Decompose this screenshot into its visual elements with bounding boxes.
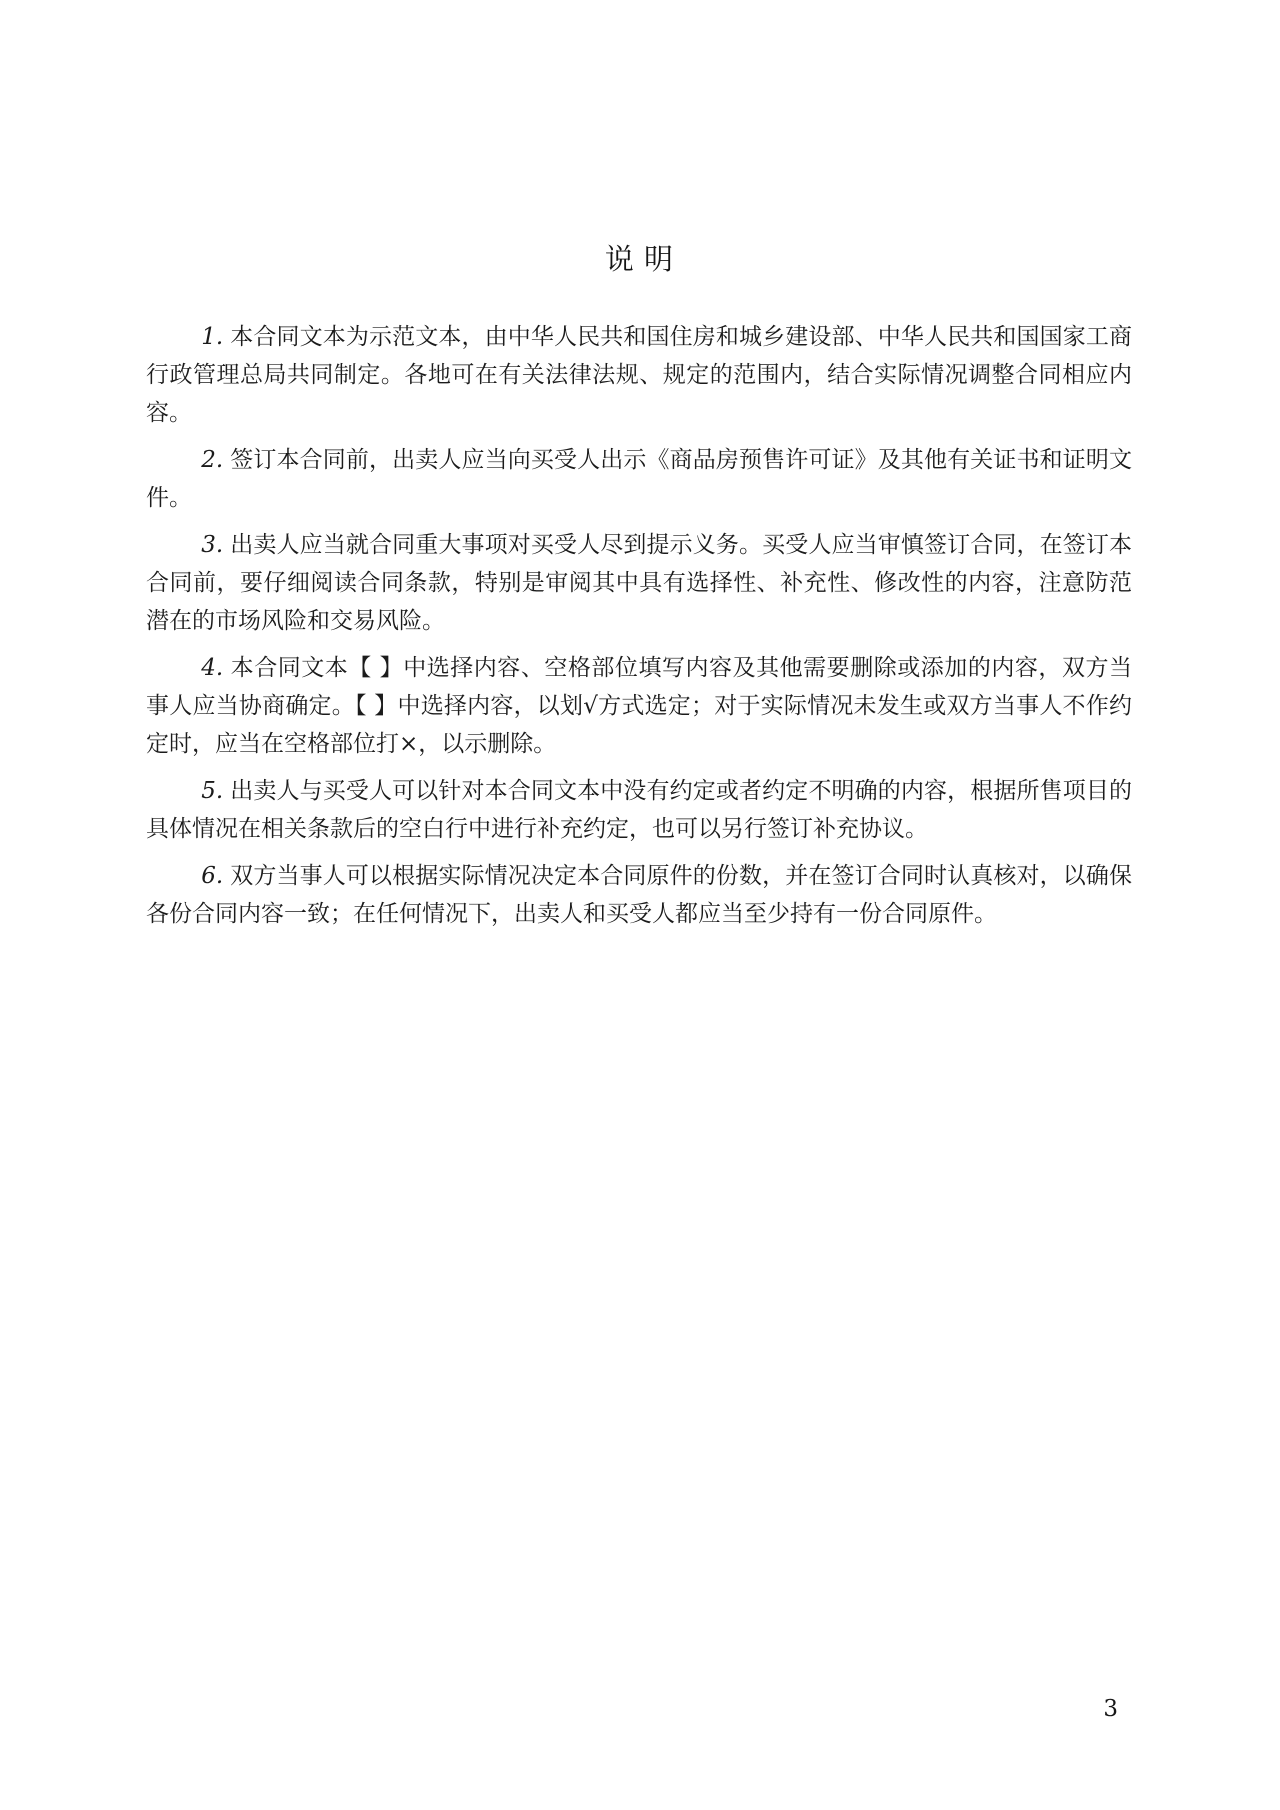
paragraph-text: 出卖人应当就合同重大事项对买受人尽到提示义务。买受人应当审慎签订合同，在签订本合… [146, 532, 1132, 634]
paragraph-text: 签订本合同前，出卖人应当向买受人出示《商品房预售许可证》及其他有关证书和证明文件… [146, 447, 1132, 511]
paragraph-text: 出卖人与买受人可以针对本合同文本中没有约定或者约定不明确的内容，根据所售项目的具… [146, 778, 1132, 842]
paragraph-number: 6. [201, 863, 223, 889]
paragraph-number: 4. [201, 655, 223, 681]
instruction-paragraph-4: 4.本合同文本【 】中选择内容、空格部位填写内容及其他需要删除或添加的内容，双方… [146, 649, 1132, 763]
paragraph-text: 本合同文本【 】中选择内容、空格部位填写内容及其他需要删除或添加的内容，双方当事… [146, 655, 1132, 757]
page-content: 说明 1.本合同文本为示范文本，由中华人民共和国住房和城乡建设部、中华人民共和国… [146, 240, 1132, 942]
page-number: 3 [1103, 1694, 1118, 1724]
paragraph-text: 本合同文本为示范文本，由中华人民共和国住房和城乡建设部、中华人民共和国国家工商行… [146, 324, 1132, 426]
instruction-paragraph-2: 2.签订本合同前，出卖人应当向买受人出示《商品房预售许可证》及其他有关证书和证明… [146, 441, 1132, 517]
paragraph-number: 2. [201, 447, 223, 473]
instruction-paragraph-6: 6.双方当事人可以根据实际情况决定本合同原件的份数，并在签订合同时认真核对，以确… [146, 857, 1132, 933]
paragraph-number: 3. [201, 532, 223, 558]
paragraph-number: 5. [201, 778, 223, 804]
instruction-paragraph-5: 5.出卖人与买受人可以针对本合同文本中没有约定或者约定不明确的内容，根据所售项目… [146, 772, 1132, 848]
instruction-paragraph-3: 3.出卖人应当就合同重大事项对买受人尽到提示义务。买受人应当审慎签订合同，在签订… [146, 526, 1132, 640]
paragraph-number: 1. [201, 324, 223, 350]
paragraph-text: 双方当事人可以根据实际情况决定本合同原件的份数，并在签订合同时认真核对，以确保各… [146, 863, 1132, 927]
document-page: 说明 1.本合同文本为示范文本，由中华人民共和国住房和城乡建设部、中华人民共和国… [0, 0, 1280, 1810]
page-title: 说明 [146, 240, 1132, 278]
instruction-paragraph-1: 1.本合同文本为示范文本，由中华人民共和国住房和城乡建设部、中华人民共和国国家工… [146, 318, 1132, 432]
